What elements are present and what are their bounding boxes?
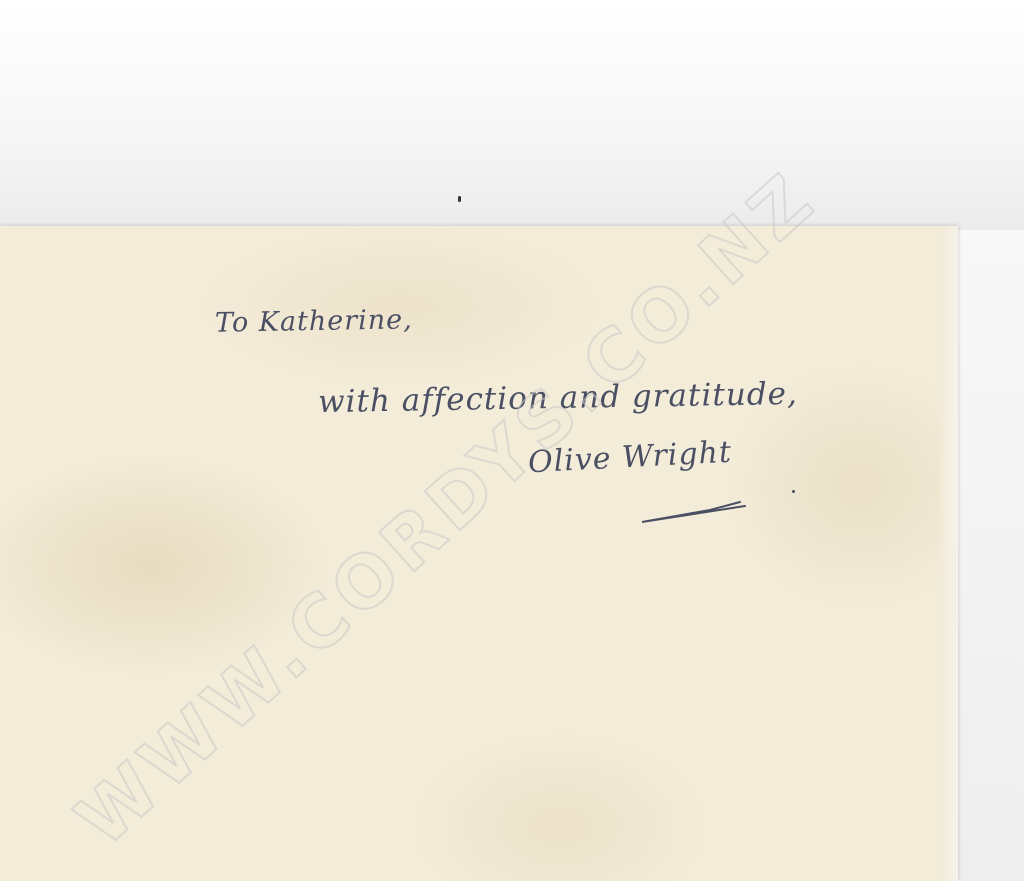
dust-speck [458,196,461,202]
signature-flourish [640,498,750,528]
inscription-line-1: To Katherine, [215,304,413,338]
background-surface [0,0,1024,230]
ink-dot [792,490,795,493]
page-edge [940,226,958,881]
